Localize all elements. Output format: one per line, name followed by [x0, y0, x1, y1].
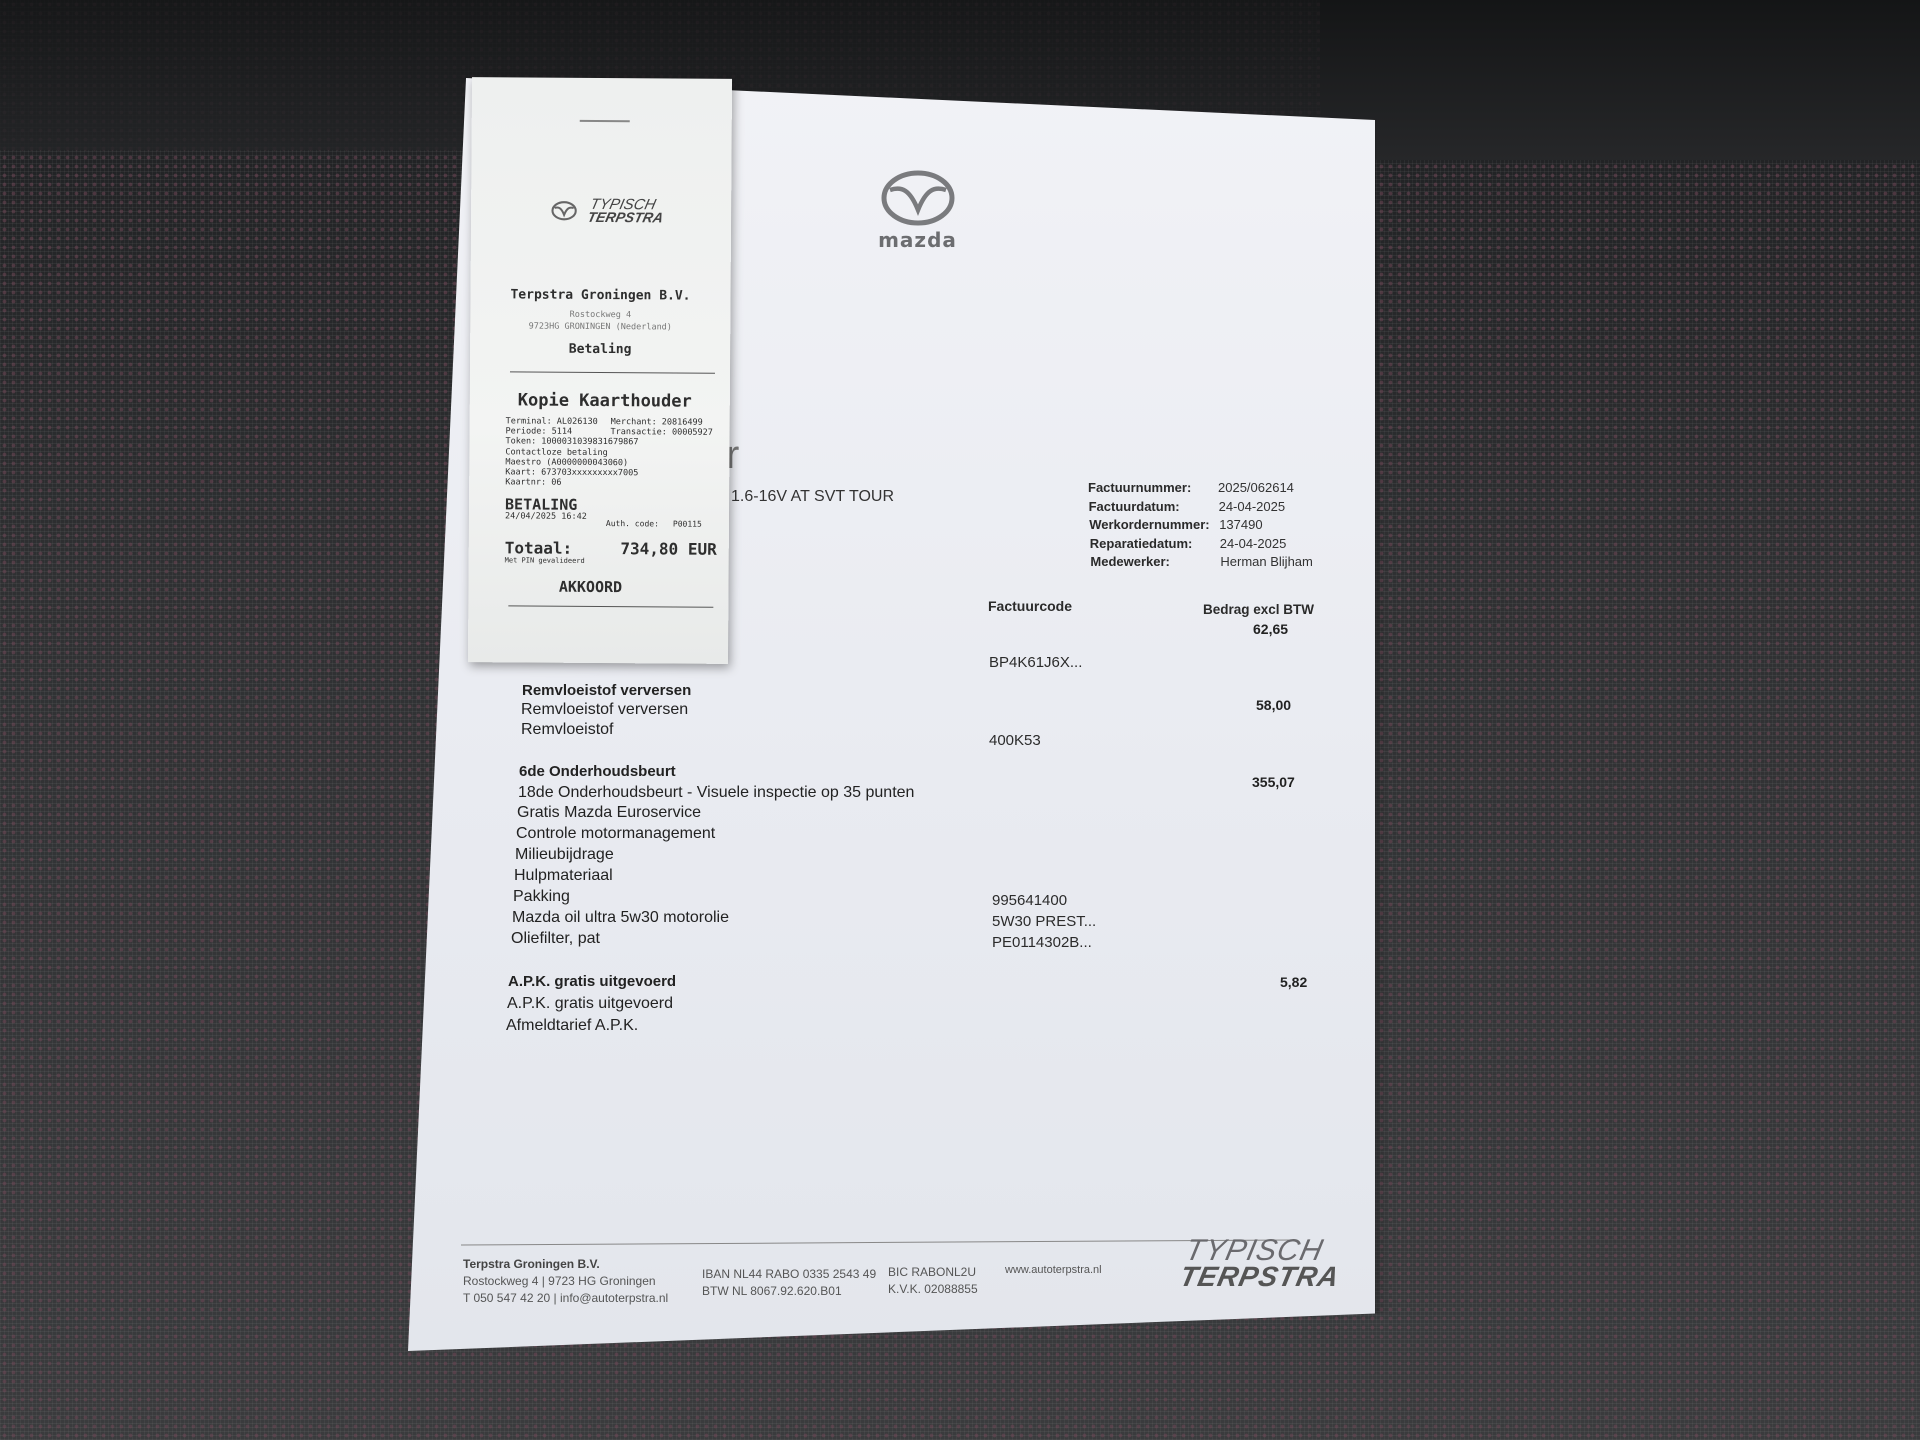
footer-contact: T 050 547 42 20 | info@autoterpstra.nl — [463, 1291, 668, 1305]
receipt-divider — [510, 371, 715, 373]
auth-code: P00115 — [673, 520, 702, 529]
receipt-logo-line-2: TERPSTRA — [586, 211, 664, 225]
footer-iban: IBAN NL44 RABO 0335 2543 49 — [702, 1267, 876, 1281]
footer-divider — [461, 1239, 1295, 1245]
footer-registration-block: BIC RABONL2U K.V.K. 02088855 — [888, 1264, 978, 1298]
logo-line-2: TERPSTRA — [1177, 1264, 1341, 1290]
mazda-logo: mazda — [870, 170, 965, 252]
total-value: 734,80 EUR — [620, 539, 716, 559]
line-item: Milieubijdrage — [515, 846, 614, 864]
receipt-detail-left: Contactloze betaling — [505, 447, 607, 458]
payment-receipt: TYPISCH TERPSTRA Terpstra Groningen B.V.… — [468, 77, 732, 664]
meta-label: Factuurdatum: — [1089, 499, 1219, 518]
meta-row: Werkordernummer:137490 — [1089, 517, 1313, 536]
line-amount: 62,65 — [1253, 621, 1288, 637]
group-amount: 58,00 — [1256, 697, 1291, 713]
part-code: 995641400 — [992, 892, 1067, 909]
part-code: 5W30 PREST... — [992, 913, 1096, 930]
receipt-status: AKKOORD — [460, 577, 720, 597]
line-item: Mazda oil ultra 5w30 motorolie — [512, 909, 729, 927]
line-item: Remvloeistof — [521, 721, 613, 739]
line-item: Pakking — [513, 888, 570, 906]
mazda-wordmark: mazda — [870, 228, 965, 252]
meta-label: Reparatiedatum: — [1090, 536, 1220, 555]
footer-bic: BIC RABONL2U — [888, 1265, 976, 1279]
receipt-copy-label: Kopie Kaarthouder — [518, 390, 692, 411]
total-label: Totaal: — [505, 538, 573, 557]
receipt-auth: Auth. code:P00115 — [606, 519, 702, 529]
group-amount: 355,07 — [1252, 774, 1295, 790]
line-item: Gratis Mazda Euroservice — [517, 804, 701, 822]
receipt-address: Rostockweg 4 9723HG GRONINGEN (Nederland… — [470, 308, 730, 334]
part-code: BP4K61J6X... — [989, 654, 1082, 671]
typisch-terpstra-logo: TYPISCH TERPSTRA — [1177, 1238, 1347, 1290]
part-code: PE0114302B... — [992, 934, 1092, 951]
meta-value: Herman Blijham — [1220, 554, 1312, 573]
footer-website: www.autoterpstra.nl — [1005, 1262, 1102, 1279]
line-item: A.P.K. gratis uitgevoerd — [507, 995, 673, 1013]
receipt-address-line-2: 9723HG GRONINGEN (Nederland) — [470, 320, 730, 334]
meta-value: 137490 — [1219, 517, 1262, 536]
receipt-company: Terpstra Groningen B.V. — [470, 287, 730, 304]
group-amount: 5,82 — [1280, 974, 1307, 990]
vehicle-description: 1.6-16V AT SVT TOUR — [731, 488, 894, 506]
meta-row: Medewerker:Herman Blijham — [1090, 554, 1312, 573]
line-item: Oliefilter, pat — [511, 930, 600, 948]
receipt-tear-mark — [580, 120, 630, 122]
invoice-meta: Factuurnummer:2025/062614Factuurdatum:24… — [1088, 480, 1313, 573]
group-title: A.P.K. gratis uitgevoerd — [508, 973, 676, 990]
group-title: Remvloeistof verversen — [522, 682, 691, 699]
meta-row: Factuurnummer:2025/062614 — [1088, 480, 1313, 499]
receipt-divider — [508, 605, 713, 607]
meta-label: Werkordernummer: — [1089, 517, 1219, 536]
meta-value: 24-04-2025 — [1220, 536, 1287, 555]
meta-label: Factuurnummer: — [1088, 480, 1218, 499]
receipt-detail-right: Transactie: 00005927 — [611, 427, 713, 438]
line-item: 18de Onderhoudsbeurt - Visuele inspectie… — [518, 784, 914, 802]
footer-address: Rostockweg 4 | 9723 HG Groningen — [463, 1274, 656, 1288]
footer-kvk: K.V.K. 02088855 — [888, 1282, 978, 1296]
receipt-detail-left: Kaartnr: 06 — [505, 478, 561, 489]
meta-value: 2025/062614 — [1218, 480, 1294, 499]
receipt-detail-right: Merchant: 20816499 — [611, 417, 703, 428]
line-item: Hulpmateriaal — [514, 867, 613, 885]
part-code: 400K53 — [989, 732, 1041, 749]
line-item: Remvloeistof verversen — [521, 701, 688, 719]
receipt-detail-left: Periode: 5114 — [506, 427, 611, 438]
mazda-emblem-icon — [551, 200, 577, 222]
meta-label: Medewerker: — [1090, 554, 1220, 573]
meta-value: 24-04-2025 — [1219, 499, 1286, 518]
footer-bank-block: IBAN NL44 RABO 0335 2543 49 BTW NL 8067.… — [702, 1266, 876, 1300]
mazda-emblem-icon — [880, 170, 956, 226]
receipt-transaction-details: Terminal: AL026130Merchant: 20816499Peri… — [505, 416, 725, 489]
meta-row: Factuurdatum:24-04-2025 — [1089, 499, 1313, 518]
group-title: 6de Onderhoudsbeurt — [519, 763, 676, 780]
footer-btw: BTW NL 8067.92.620.B01 — [702, 1284, 842, 1298]
receipt-pin-note: Met PIN gevalideerd — [505, 556, 585, 565]
receipt-datetime: 24/04/2025 16:42 — [505, 511, 587, 522]
auth-label: Auth. code: — [606, 519, 659, 528]
receipt-logo: TYPISCH TERPSTRA — [551, 198, 665, 225]
column-header-code: Factuurcode — [988, 598, 1072, 614]
seat-seam — [1320, 0, 1920, 160]
footer-company-block: Terpstra Groningen B.V. Rostockweg 4 | 9… — [463, 1256, 668, 1307]
footer-company: Terpstra Groningen B.V. — [463, 1257, 600, 1271]
meta-row: Reparatiedatum:24-04-2025 — [1090, 536, 1313, 555]
line-item: Afmeldtarief A.P.K. — [506, 1017, 638, 1035]
receipt-detail-left: Terminal: AL026130 — [506, 416, 611, 427]
receipt-detail-row: Kaartnr: 06 — [505, 478, 725, 490]
line-item: Controle motormanagement — [516, 825, 715, 843]
column-header-amount: Bedrag excl BTW — [1203, 602, 1314, 617]
receipt-section: Betaling — [470, 341, 730, 358]
